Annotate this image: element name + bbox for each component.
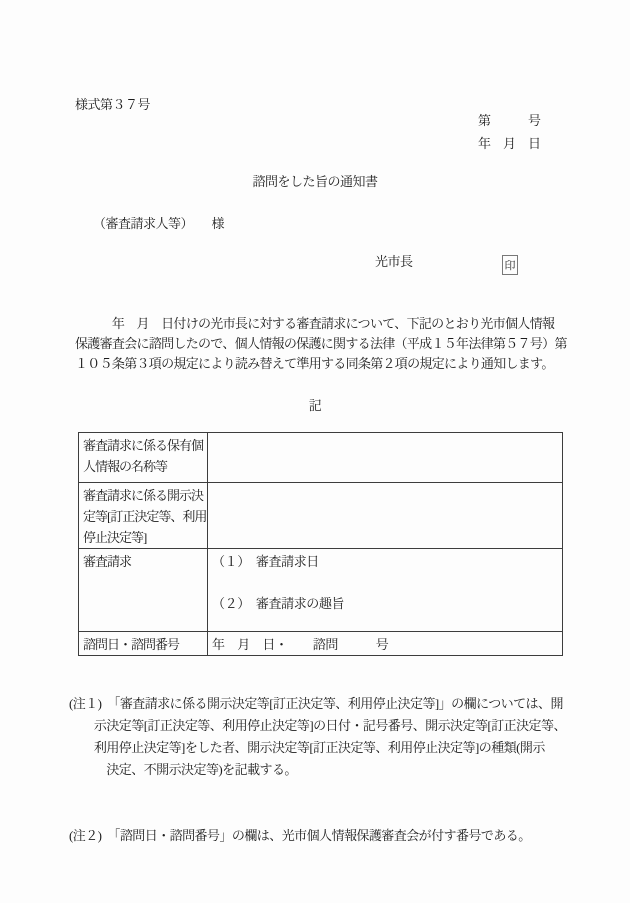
row-label-disclosure-decision: 審査請求に係る開示決 定等[訂正決定等、利用 停止決定等] <box>79 483 208 549</box>
row-value-review-request: （１） 審査請求日 （２） 審査請求の趣旨 <box>208 549 563 632</box>
document-number-line: 第 号 <box>478 113 541 129</box>
body-paragraph: 年 月 日付けの光市長に対する審査請求について、下記のとおり光市個人情報 保護審… <box>75 314 567 374</box>
form-number: 様式第３７号 <box>75 97 150 113</box>
table-row: 審査請求 （１） 審査請求日 （２） 審査請求の趣旨 <box>79 549 563 632</box>
sender-name: 光市長 <box>375 254 413 270</box>
row-value-disclosure-decision <box>208 483 563 549</box>
addressee-line: （審査請求人等） 様 <box>93 216 224 232</box>
row-label-review-request: 審査請求 <box>79 549 208 632</box>
form-table: 審査請求に係る保有個 人情報の名称等 審査請求に係る開示決 定等[訂正決定等、利… <box>78 432 563 656</box>
table-row: 審査請求に係る開示決 定等[訂正決定等、利用 停止決定等] <box>79 483 563 549</box>
footnote-2: (注２) 「諮問日・諮問番号」の欄は、光市個人情報保護審査会が付す番号である。 <box>69 825 566 847</box>
row-label-held-info: 審査請求に係る保有個 人情報の名称等 <box>79 433 208 483</box>
document-date-line: 年 月 日 <box>478 136 541 152</box>
document-page: 様式第３７号 第 号 年 月 日 諮問をした旨の通知書 （審査請求人等） 様 光… <box>0 0 630 903</box>
record-marker: 記 <box>0 395 630 414</box>
seal-placeholder-icon: 印 <box>502 255 518 275</box>
row-value-held-info <box>208 433 563 483</box>
table-row: 審査請求に係る保有個 人情報の名称等 <box>79 433 563 483</box>
footnote-1: (注１) 「審査請求に係る開示決定等[訂正決定等、利用停止決定等]」の欄について… <box>69 693 566 781</box>
document-title: 諮問をした旨の通知書 <box>0 171 630 190</box>
footnotes: (注１) 「審査請求に係る開示決定等[訂正決定等、利用停止決定等]」の欄について… <box>69 649 566 891</box>
